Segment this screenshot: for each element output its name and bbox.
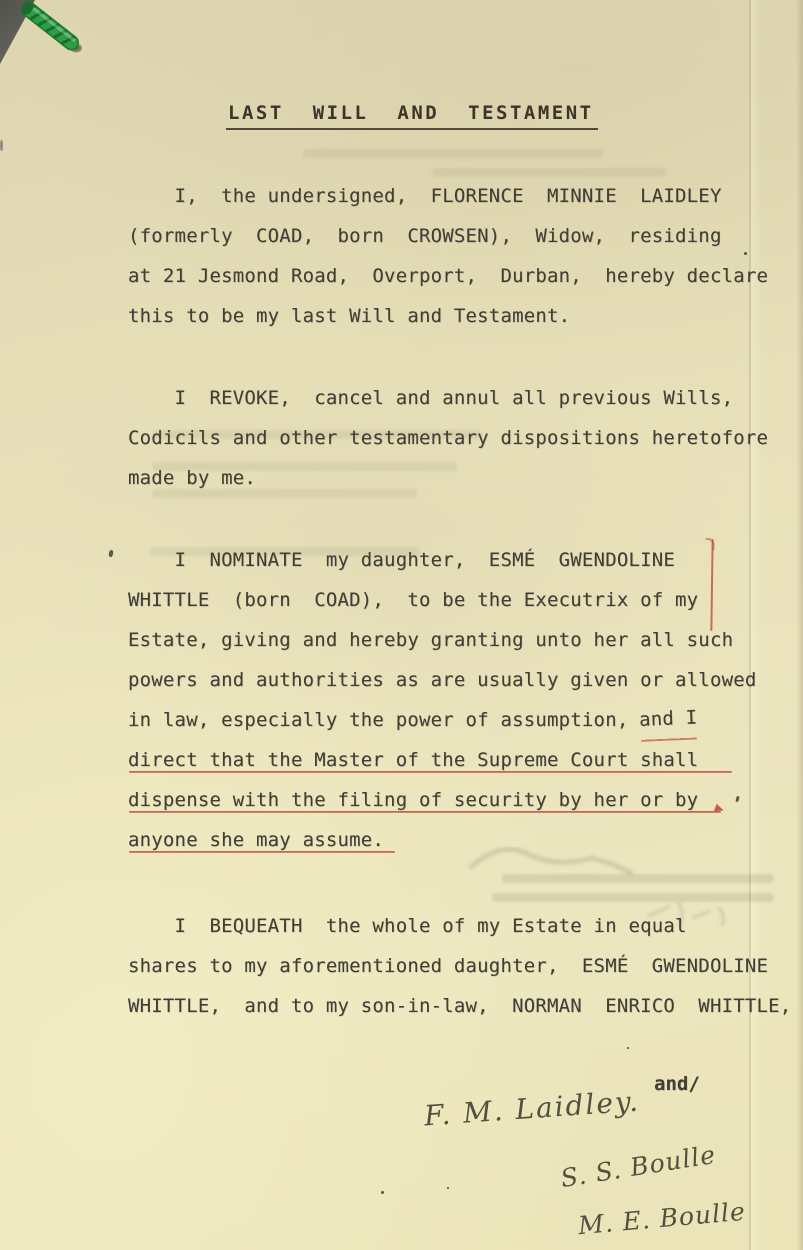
text-line: Codicils and other testamentary disposit… bbox=[128, 418, 803, 458]
text-line: I BEQUEATH the whole of my Estate in equ… bbox=[128, 906, 803, 946]
paragraph: I REVOKE, cancel and annul all previous … bbox=[128, 378, 803, 498]
continuation-mark: and/ bbox=[654, 1072, 700, 1096]
text-line: this to be my last Will and Testament. bbox=[128, 296, 803, 336]
red-underlined-text: dispense with the filing of security by … bbox=[128, 789, 722, 811]
document-title: LAST WILL AND TESTAMENT bbox=[226, 102, 598, 130]
ink-speck bbox=[381, 1191, 384, 1194]
text-line: WHITTLE, and to my son-in-law, NORMAN EN… bbox=[128, 986, 803, 1026]
paragraph: I, the undersigned, FLORENCE MINNIE LAID… bbox=[128, 176, 803, 336]
text-line: shares to my aforementioned daughter, ES… bbox=[128, 946, 803, 986]
text-line: I, the undersigned, FLORENCE MINNIE LAID… bbox=[128, 176, 803, 216]
edge-mark bbox=[0, 140, 3, 151]
handwritten-signature: F. M. Laidley. bbox=[423, 1085, 641, 1133]
text-line: powers and authorities as are usually gi… bbox=[128, 660, 803, 700]
text-line: WHITTLE (born COAD), to be the Executrix… bbox=[128, 580, 803, 620]
paragraph: I BEQUEATH the whole of my Estate in equ… bbox=[128, 906, 803, 1026]
text-line: I NOMINATE my daughter, ESMÉ GWENDOLINE bbox=[128, 540, 803, 580]
text-line: direct that the Master of the Supreme Co… bbox=[128, 740, 803, 780]
red-underlined-text: and I bbox=[638, 697, 698, 740]
bleed-through-mark bbox=[303, 149, 603, 158]
document-title-text: LAST WILL AND TESTAMENT bbox=[226, 102, 598, 130]
ink-speck bbox=[447, 1187, 449, 1189]
red-underlined-text: direct that the Master of the Supreme Co… bbox=[128, 749, 733, 771]
text-line: (formerly COAD, born CROWSEN), Widow, re… bbox=[128, 216, 803, 256]
text-line: dispense with the filing of security by … bbox=[128, 780, 803, 820]
green-treasury-tag-icon bbox=[4, 0, 114, 84]
text-line: made by me. bbox=[128, 458, 803, 498]
paragraph: I NOMINATE my daughter, ESMÉ GWENDOLINEW… bbox=[128, 540, 803, 860]
document-body: I, the undersigned, FLORENCE MINNIE LAID… bbox=[128, 176, 803, 1074]
text-line: I REVOKE, cancel and annul all previous … bbox=[128, 378, 803, 418]
scanned-will-page: LAST WILL AND TESTAMENT I, the undersign… bbox=[0, 0, 803, 1250]
text-line: in law, especially the power of assumpti… bbox=[128, 700, 803, 740]
handwritten-signature: S. S. Boulle bbox=[559, 1140, 718, 1193]
text-line: Estate, giving and hereby granting unto … bbox=[128, 620, 803, 660]
text-line: at 21 Jesmond Road, Overport, Durban, he… bbox=[128, 256, 803, 296]
handwritten-signature: M. E. Boulle bbox=[577, 1197, 747, 1241]
ink-speck bbox=[108, 550, 113, 558]
red-underlined-text: anyone she may assume. bbox=[128, 829, 396, 851]
text-line: anyone she may assume. bbox=[128, 820, 803, 860]
